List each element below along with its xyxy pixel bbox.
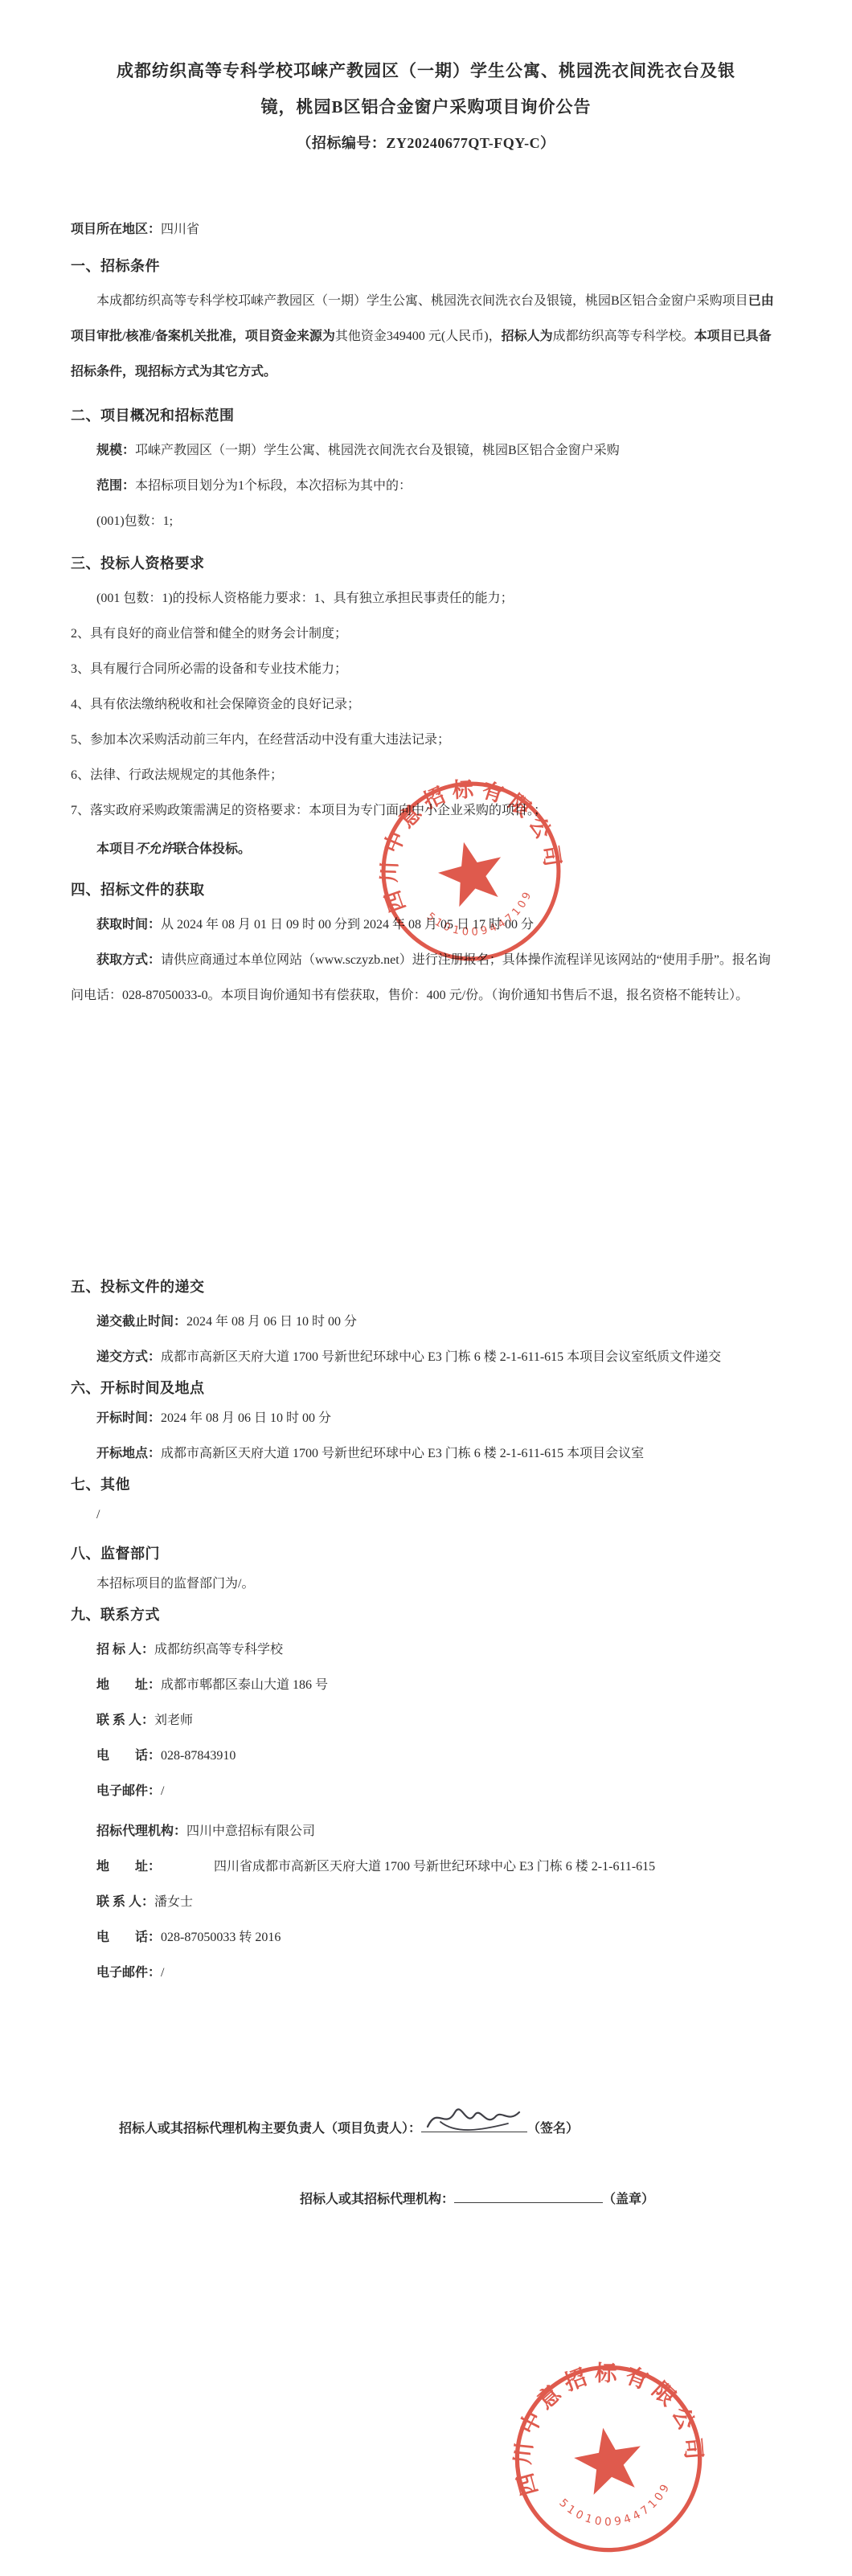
agency-phone-row: 电 话：028-87050033 转 2016	[71, 1920, 781, 1956]
signature-label: 招标人或其招标代理机构主要负责人（项目负责人）：	[119, 2122, 421, 2136]
scale-value: 邛崃产教园区（一期）学生公寓、桃园洗衣间洗衣台及银镜，桃园B区铝合金窗户采购	[135, 444, 620, 457]
region-label: 项目所在地区：	[71, 223, 161, 236]
stamp-company-name: 四川中意招标有限公司	[496, 2346, 709, 2499]
qualification-item: 6、法律、行政法规规定的其他条件；	[71, 758, 781, 793]
obtain-method-line: 获取方式：请供应商通过本单位网站（www.sczyzb.net）进行注册报名；具…	[71, 943, 781, 1014]
submission-deadline-line: 递交截止时间：2024 年 08 月 06 日 10 时 00 分	[71, 1304, 781, 1340]
project-region-line: 项目所在地区：四川省	[71, 218, 781, 242]
section-5-heading: 五、投标文件的递交	[71, 1274, 781, 1300]
contact-value: /	[161, 1966, 164, 1980]
agency-name-row: 招标代理机构：四川中意招标有限公司	[71, 1814, 781, 1849]
contact-value: 四川中意招标有限公司	[186, 1824, 315, 1838]
no-consortium-post: 联合体投标。	[174, 842, 251, 856]
qualification-item: 2、具有良好的商业信誉和健全的财务会计制度；	[71, 616, 781, 652]
section-7-content: /	[71, 1497, 781, 1533]
signature-suffix: （签名）	[527, 2122, 579, 2136]
section-8-heading: 八、监督部门	[71, 1541, 781, 1566]
contact-label: 联 系 人：	[96, 1714, 154, 1727]
opening-time-line: 开标时间：2024 年 08 月 06 日 10 时 00 分	[71, 1401, 781, 1436]
signature-underline	[421, 2116, 527, 2132]
seal-underline	[454, 2200, 603, 2203]
tender-number: （招标编号：ZY20240677QT-FQY-C）	[71, 125, 781, 162]
section-1-heading: 一、招标条件	[71, 253, 781, 279]
section-8-content: 本招标项目的监督部门为/。	[71, 1566, 781, 1602]
deadline-label: 递交截止时间：	[96, 1315, 186, 1329]
contact-label: 联 系 人：	[96, 1895, 154, 1909]
deadline-value: 2024 年 08 月 06 日 10 时 00 分	[186, 1315, 357, 1329]
project-scope-line: 范围：本招标项目划分为1个标段，本次招标为其中的：	[71, 469, 781, 504]
no-consortium-line: 本项目不允许联合体投标。	[71, 832, 781, 867]
section-2-heading: 二、项目概况和招标范围	[71, 403, 781, 428]
s1-text: 本成都纺织高等专科学校邛崃产教园区（一期）学生公寓、桃园洗衣间洗衣台及银镜，桃园…	[96, 294, 748, 308]
agency-contact-row: 联 系 人：潘女士	[71, 1885, 781, 1920]
scope-value: 本招标项目划分为1个标段，本次招标为其中的：	[135, 479, 412, 493]
s1-text: 成都纺织高等专科学校。	[553, 330, 694, 343]
submission-method-value: 成都市高新区天府大道 1700 号新世纪环球中心 E3 门栋 6 楼 2-1-6…	[161, 1350, 721, 1364]
qualification-item: 4、具有依法缴纳税收和社会保障资金的良好记录；	[71, 687, 781, 723]
page-break-gap	[71, 1014, 781, 1263]
region-value: 四川省	[161, 223, 199, 236]
title-line-2: 镜，桃园B区铝合金窗户采购项目询价公告	[71, 89, 781, 125]
no-consortium-emphasis: 不允许	[135, 842, 174, 856]
title-line-1: 成都纺织高等专科学校邛崃产教园区（一期）学生公寓、桃园洗衣间洗衣台及银	[71, 53, 781, 89]
contact-value: 潘女士	[154, 1895, 193, 1909]
obtain-time-value: 从 2024 年 08 月 01 日 09 时 00 分到 2024 年 08 …	[161, 918, 534, 932]
stamp-ring	[502, 2353, 714, 2564]
qualification-item: 5、参加本次采购活动前三年内，在经营活动中没有重大违法记录；	[71, 723, 781, 758]
submission-method-line: 递交方式：成都市高新区天府大道 1700 号新世纪环球中心 E3 门栋 6 楼 …	[71, 1340, 781, 1375]
svg-text:四川中意招标有限公司: 四川中意招标有限公司	[496, 2346, 709, 2499]
contact-value: 成都市郫都区泰山大道 186 号	[161, 1678, 328, 1692]
contact-value: 刘老师	[154, 1714, 193, 1727]
handwritten-signature	[421, 2099, 527, 2136]
contact-label: 电子邮件：	[96, 1784, 161, 1798]
contact-label: 电 话：	[96, 1931, 161, 1944]
obtain-method-label: 获取方式：	[96, 953, 161, 967]
agency-address-row: 地 址：四川省成都市高新区天府大道 1700 号新世纪环球中心 E3 门栋 6 …	[71, 1849, 781, 1885]
section-4-heading: 四、招标文件的获取	[71, 877, 781, 903]
contact-label: 电 话：	[96, 1749, 161, 1763]
tenderer-email-row: 电子邮件：/	[71, 1774, 781, 1809]
no-consortium-pre: 本项目	[96, 842, 135, 856]
section-6-heading: 六、开标时间及地点	[71, 1375, 781, 1401]
seal-suffix: （盖章）	[603, 2193, 654, 2206]
opening-time-label: 开标时间：	[96, 1411, 161, 1425]
section-7-heading: 七、其他	[71, 1472, 781, 1497]
tenderer-address-row: 地 址：成都市郫都区泰山大道 186 号	[71, 1668, 781, 1703]
project-scale-line: 规模：邛崃产教园区（一期）学生公寓、桃园洗衣间洗衣台及银镜，桃园B区铝合金窗户采…	[71, 433, 781, 469]
section-9-heading: 九、联系方式	[71, 1602, 781, 1628]
scale-label: 规模：	[96, 444, 135, 457]
contact-value: 028-87843910	[161, 1749, 236, 1763]
obtain-time-line: 获取时间：从 2024 年 08 月 01 日 09 时 00 分到 2024 …	[71, 907, 781, 943]
contact-label: 招标代理机构：	[96, 1824, 186, 1838]
company-seal-stamp: 四川中意招标有限公司 5101009447109	[496, 2346, 721, 2571]
tenderer-name-row: 招 标 人：成都纺织高等专科学校	[71, 1632, 781, 1668]
agency-email-row: 电子邮件：/	[71, 1956, 781, 1991]
contact-value: 四川省成都市高新区天府大道 1700 号新世纪环球中心 E3 门栋 6 楼 2-…	[214, 1860, 655, 1874]
contact-label: 地 址：	[96, 1678, 161, 1692]
package-count-line: (001)包数：1;	[71, 504, 781, 539]
contact-value: 028-87050033 转 2016	[161, 1931, 281, 1944]
signature-row: 招标人或其招标代理机构主要负责人（项目负责人）：（签名）	[119, 2111, 781, 2147]
opening-place-label: 开标地点：	[96, 1447, 161, 1460]
svg-text:5101009447109: 5101009447109	[555, 2478, 679, 2538]
opening-place-value: 成都市高新区天府大道 1700 号新世纪环球中心 E3 门栋 6 楼 2-1-6…	[161, 1447, 644, 1460]
s1-text: 其他资金349400 元(人民币)，	[335, 330, 502, 343]
tenderer-phone-row: 电 话：028-87843910	[71, 1738, 781, 1774]
obtain-method-value: 请供应商通过本单位网站（www.sczyzb.net）进行注册报名；具体操作流程…	[71, 953, 771, 1002]
qualification-item: (001 包数：1)的投标人资格能力要求：1、具有独立承担民事责任的能力；	[71, 581, 781, 616]
seal-row: 招标人或其招标代理机构：（盖章）	[300, 2182, 781, 2218]
contact-value: /	[161, 1784, 164, 1798]
section-3-heading: 三、投标人资格要求	[71, 551, 781, 576]
star-icon	[570, 2422, 648, 2496]
obtain-time-label: 获取时间：	[96, 918, 161, 932]
contact-label: 地 址：	[96, 1860, 161, 1874]
seal-label: 招标人或其招标代理机构：	[300, 2193, 454, 2206]
tender-announcement-document: 成都纺织高等专科学校邛崃产教园区（一期）学生公寓、桃园洗衣间洗衣台及银 镜，桃园…	[0, 0, 852, 2576]
opening-time-value: 2024 年 08 月 06 日 10 时 00 分	[161, 1411, 331, 1425]
section-1-paragraph: 本成都纺织高等专科学校邛崃产教园区（一期）学生公寓、桃园洗衣间洗衣台及银镜，桃园…	[71, 284, 781, 390]
qualification-item: 3、具有履行合同所必需的设备和专业技术能力；	[71, 652, 781, 687]
tenderer-contact-row: 联 系 人：刘老师	[71, 1703, 781, 1738]
submission-method-label: 递交方式：	[96, 1350, 161, 1364]
qualification-item: 7、落实政府采购政策需满足的资格要求：本项目为专门面向中小企业采购的项目。；	[71, 793, 781, 829]
contact-label: 招 标 人：	[96, 1643, 154, 1657]
contact-label: 电子邮件：	[96, 1966, 161, 1980]
s1-text-bold: 招标人为	[502, 330, 553, 343]
stamp-code: 5101009447109	[555, 2478, 679, 2538]
scope-label: 范围：	[96, 479, 135, 493]
contact-value: 成都纺织高等专科学校	[154, 1643, 283, 1657]
document-title: 成都纺织高等专科学校邛崃产教园区（一期）学生公寓、桃园洗衣间洗衣台及银 镜，桃园…	[71, 53, 781, 162]
opening-place-line: 开标地点：成都市高新区天府大道 1700 号新世纪环球中心 E3 门栋 6 楼 …	[71, 1436, 781, 1472]
